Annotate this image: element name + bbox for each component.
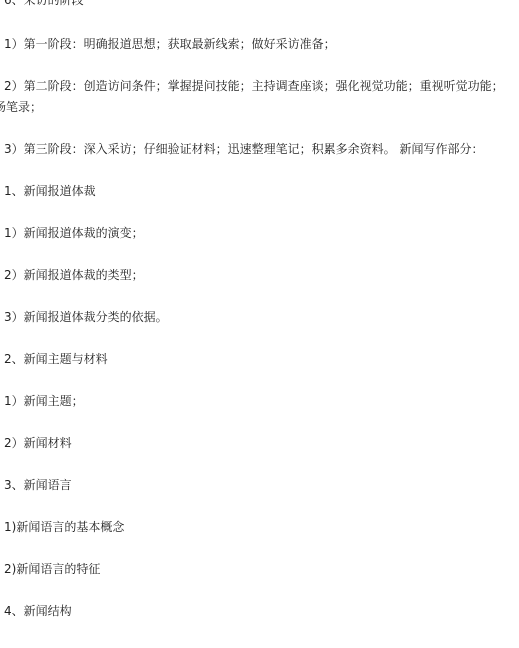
list-item-language-concept: 1)新闻语言的基本概念: [4, 519, 124, 535]
section-heading-interview-stages: 6、采访的阶段: [4, 0, 84, 8]
list-item-genre-types: 2）新闻报道体裁的类型；: [4, 267, 144, 283]
list-item-genre-evolution: 1）新闻报道体裁的演变；: [4, 225, 144, 241]
section-heading-news-language: 3、新闻语言: [4, 477, 72, 493]
list-item-stage-two: 2）第二阶段：创造访问条件；掌握提问技能；主持调查座谈；强化视觉功能；重视听觉功…: [4, 78, 504, 94]
section-heading-theme-material: 2、新闻主题与材料: [4, 351, 108, 367]
list-item-stage-one: 1）第一阶段：明确报道思想；获取最新线索；做好采访准备；: [4, 36, 336, 52]
list-item-genre-classification: 3）新闻报道体裁分类的依据。: [4, 309, 168, 325]
list-item-news-material: 2）新闻材料: [4, 435, 72, 451]
list-item-news-theme: 1）新闻主题；: [4, 393, 84, 409]
section-heading-news-structure: 4、新闻结构: [4, 603, 72, 619]
section-heading-news-genre: 1、新闻报道体裁: [4, 183, 96, 199]
list-item-language-features: 2)新闻语言的特征: [4, 561, 100, 577]
list-item-stage-three: 3）第三阶段：深入采访；仔细验证材料；迅速整理笔记；积累多余资料。 新闻写作部分…: [4, 141, 483, 157]
list-item-stage-two-continuation: 场笔录；: [0, 99, 42, 115]
